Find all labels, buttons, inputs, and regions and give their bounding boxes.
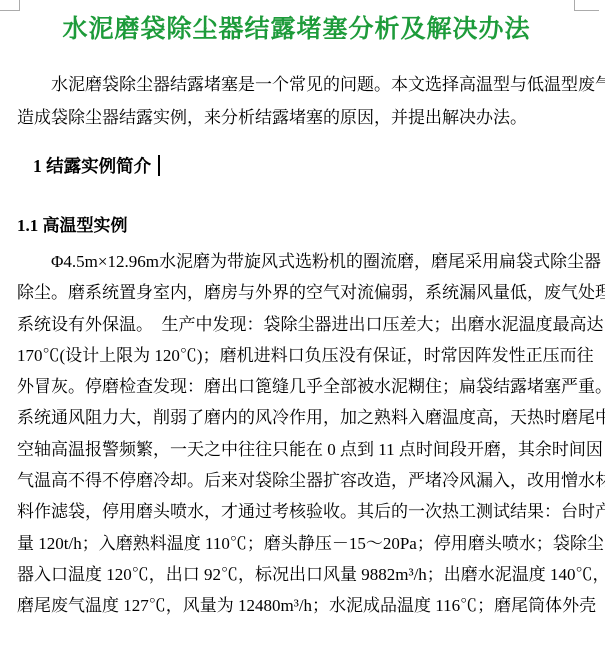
text-line: 水泥磨袋除尘器结露堵塞是一个常见的问题。本文选择高温型与低温型废气 <box>17 68 576 101</box>
text-cursor <box>158 155 160 176</box>
intro-paragraph[interactable]: 水泥磨袋除尘器结露堵塞是一个常见的问题。本文选择高温型与低温型废气造成袋除尘器结… <box>17 68 576 134</box>
text-line: 170℃(设计上限为 120℃)；磨机进料口负压没有保证，时常因阵发性正压而往 <box>17 340 576 371</box>
subsection-heading-text: 1.1 高温型实例 <box>17 216 128 235</box>
text-line: 系统设有外保温。 生产中发现：袋除尘器进出口压差大；出磨水泥温度最高达 <box>17 309 576 340</box>
document-page[interactable]: 水泥磨袋除尘器结露堵塞分析及解决办法 水泥磨袋除尘器结露堵塞是一个常见的问题。本… <box>0 0 605 660</box>
text-line: 料作滤袋，停用磨头喷水，才通过考核验收。其后的一次热工测试结果：台时产 <box>17 496 576 527</box>
text-line: Φ4.5m×12.96m水泥磨为带旋风式选粉机的圈流磨，磨尾采用扁袋式除尘器 <box>17 246 576 277</box>
text-line: 气温高不得不停磨冷却。后来对袋除尘器扩容改造，严堵冷风漏入，改用憎水材 <box>17 465 576 496</box>
text-line: 系统通风阻力大，削弱了磨内的风冷作用，加之熟料入磨温度高，天热时磨尾中 <box>17 402 576 433</box>
text-line: 空轴高温报警频繁，一天之中往往只能在 0 点到 11 点时间段开磨，其余时间因 <box>17 434 576 465</box>
text-line: 外冒灰。停磨检查发现：磨出口篦缝几乎全部被水泥糊住；扁袋结露堵塞严重。 <box>17 371 576 402</box>
body-paragraph[interactable]: Φ4.5m×12.96m水泥磨为带旋风式选粉机的圈流磨，磨尾采用扁袋式除尘器除尘… <box>17 246 576 622</box>
section-heading[interactable]: 1 结露实例简介 <box>17 154 576 178</box>
text-line: 除尘。磨系统置身室内，磨房与外界的空气对流偏弱，系统漏风量低，废气处理 <box>17 277 576 308</box>
text-line: 磨尾废气温度 127℃，风量为 12480m³/h；水泥成品温度 116℃；磨尾… <box>17 590 576 621</box>
document-content[interactable]: 水泥磨袋除尘器结露堵塞分析及解决办法 水泥磨袋除尘器结露堵塞是一个常见的问题。本… <box>17 0 576 622</box>
text-line: 器入口温度 120℃，出口 92℃，标况出口风量 9882m³/h；出磨水泥温度… <box>17 559 576 590</box>
document-title: 水泥磨袋除尘器结露堵塞分析及解决办法 <box>17 13 576 47</box>
text-line: 造成袋除尘器结露实例，来分析结露堵塞的原因，并提出解决办法。 <box>17 101 576 134</box>
text-boundary-mark-top-right <box>574 0 599 11</box>
subsection-heading[interactable]: 1.1 高温型实例 <box>17 214 576 238</box>
section-heading-text: 1 结露实例简介 <box>33 156 151 176</box>
text-line: 量 120t/h；入磨熟料温度 110℃；磨头静压－15～20Pa；停用磨头喷水… <box>17 528 576 559</box>
